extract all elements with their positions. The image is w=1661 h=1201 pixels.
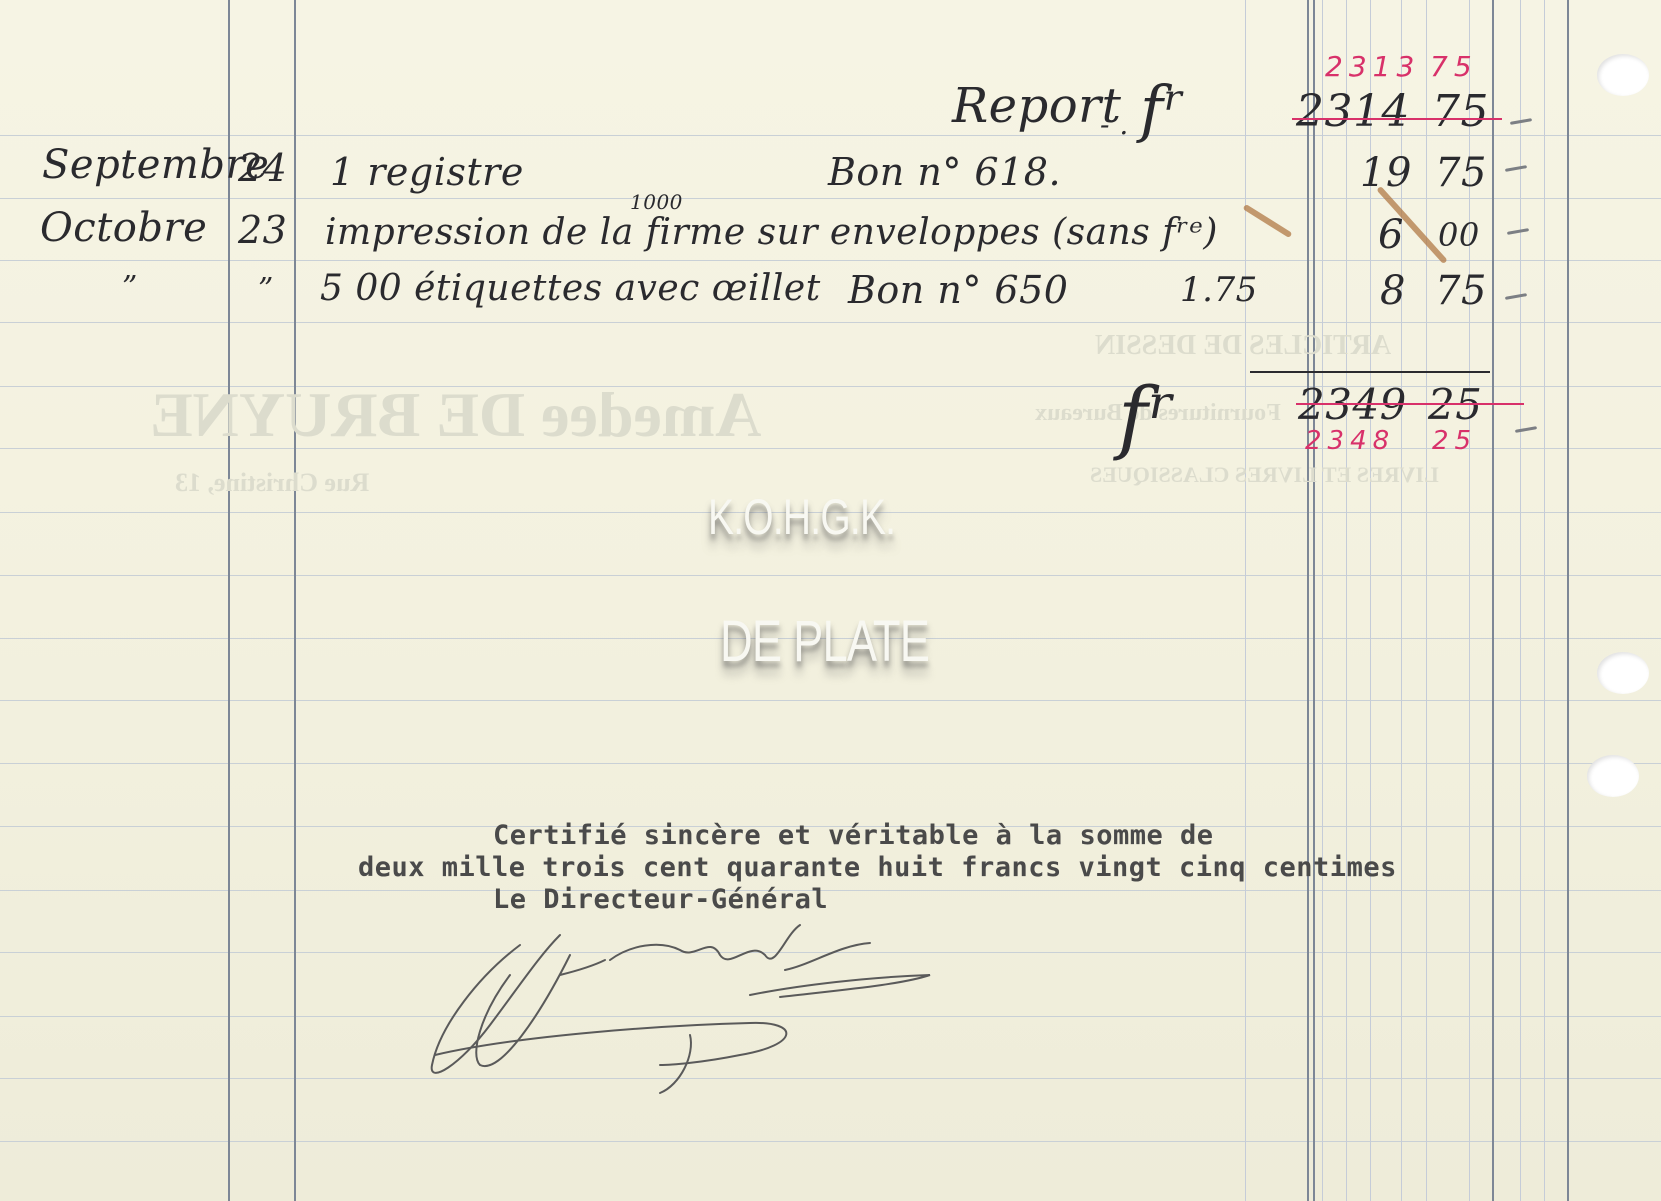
right-margin-border	[1567, 0, 1569, 1201]
entry-francs: 8	[1380, 268, 1406, 314]
carried-forward-centimes: 75	[1432, 86, 1489, 137]
amount-column-border-double	[1313, 0, 1315, 1201]
check-tick	[1510, 118, 1532, 125]
ghost-letterhead-line: Amedee DE BRUYNE	[150, 378, 762, 452]
carried-forward-francs: 2314	[1296, 86, 1410, 137]
dash-leader: - .	[1100, 108, 1129, 141]
amount-column-border	[1307, 0, 1309, 1201]
rule-line	[0, 763, 1661, 764]
signature-text: J. J. Haumblet	[420, 915, 531, 919]
total-red-correction-francs: 2348	[1305, 426, 1395, 456]
check-tick	[1515, 426, 1537, 433]
entry-month-ditto: ”	[122, 270, 138, 305]
entry-description: 1 registre	[330, 150, 524, 194]
currency-symbol: fʳ	[1140, 72, 1185, 145]
total-red-correction-centimes: 25	[1432, 426, 1477, 456]
punch-hole	[1587, 755, 1639, 797]
certification-line1: Certifié sincère et véritable à la somme…	[493, 820, 1213, 851]
grid-line	[1346, 0, 1347, 1201]
carried-forward-label: Report	[952, 78, 1121, 134]
total-currency-symbol: fʳ	[1118, 370, 1176, 463]
check-tick	[1507, 228, 1529, 235]
centimes-column-border	[1492, 0, 1494, 1201]
rule-line	[0, 198, 1661, 199]
grid-line	[1245, 0, 1246, 1201]
punch-hole	[1597, 54, 1649, 96]
red-correction-centimes: 75	[1430, 50, 1478, 83]
check-tick	[1505, 293, 1527, 300]
day-column-border	[294, 0, 296, 1201]
entry-unit-price: 1.75	[1180, 270, 1258, 310]
punch-hole	[1597, 652, 1649, 694]
entry-francs: 19	[1360, 150, 1412, 196]
entry-reference: Bon n° 650	[848, 268, 1068, 312]
certification-signatory-title: Le Directeur-Général	[493, 884, 828, 915]
rust-stain	[1243, 204, 1293, 238]
rule-line	[0, 890, 1661, 891]
entry-francs: 6	[1378, 212, 1404, 258]
watermark-line2: DE PLATE	[720, 608, 929, 675]
ghost-letterhead-line: Rue Christine, 13	[175, 468, 369, 498]
total-separator-line	[1250, 371, 1490, 373]
grid-line	[1426, 0, 1427, 1201]
rule-line	[0, 322, 1661, 323]
ghost-letterhead-line: LIVRES ET LIVRES CLASSIQUES	[1090, 462, 1439, 488]
entry-month: Octobre	[40, 205, 207, 251]
rule-line	[0, 1141, 1661, 1142]
grid-line	[1544, 0, 1545, 1201]
entry-day: 24	[238, 146, 287, 190]
signature-icon: J. J. Haumblet	[420, 915, 940, 1095]
entry-centimes: 00	[1438, 216, 1480, 254]
entry-description-superscript: 1000	[630, 190, 683, 214]
entry-reference: Bon n° 618.	[828, 150, 1061, 194]
entry-description: impression de la firme sur enveloppes (s…	[325, 212, 1218, 253]
watermark-line1: K.O.H.G.K.	[708, 488, 895, 546]
entry-description: 5 00 étiquettes avec œillet	[320, 268, 821, 309]
entry-month: Septembre	[42, 142, 269, 188]
grid-line	[1520, 0, 1521, 1201]
entry-centimes: 75	[1435, 150, 1487, 196]
rule-line	[0, 135, 1661, 136]
rule-line	[0, 260, 1661, 261]
entry-day: 23	[238, 208, 287, 252]
grid-line	[1322, 0, 1323, 1201]
rule-line	[0, 700, 1661, 701]
entry-centimes: 75	[1435, 268, 1487, 314]
rule-line	[0, 575, 1661, 576]
entry-day-ditto: ”	[258, 272, 274, 307]
red-strikethrough	[1296, 403, 1524, 405]
red-strikethrough	[1292, 118, 1502, 120]
check-tick	[1505, 165, 1527, 172]
red-correction-francs: 2313	[1325, 50, 1420, 83]
invoice-page: ARTICLES DE DESSIN Fournitures de Bureau…	[0, 0, 1661, 1201]
certification-line2: deux mille trois cent quarante huit fran…	[358, 852, 1397, 883]
ghost-letterhead-line: ARTICLES DE DESSIN	[1095, 330, 1391, 362]
